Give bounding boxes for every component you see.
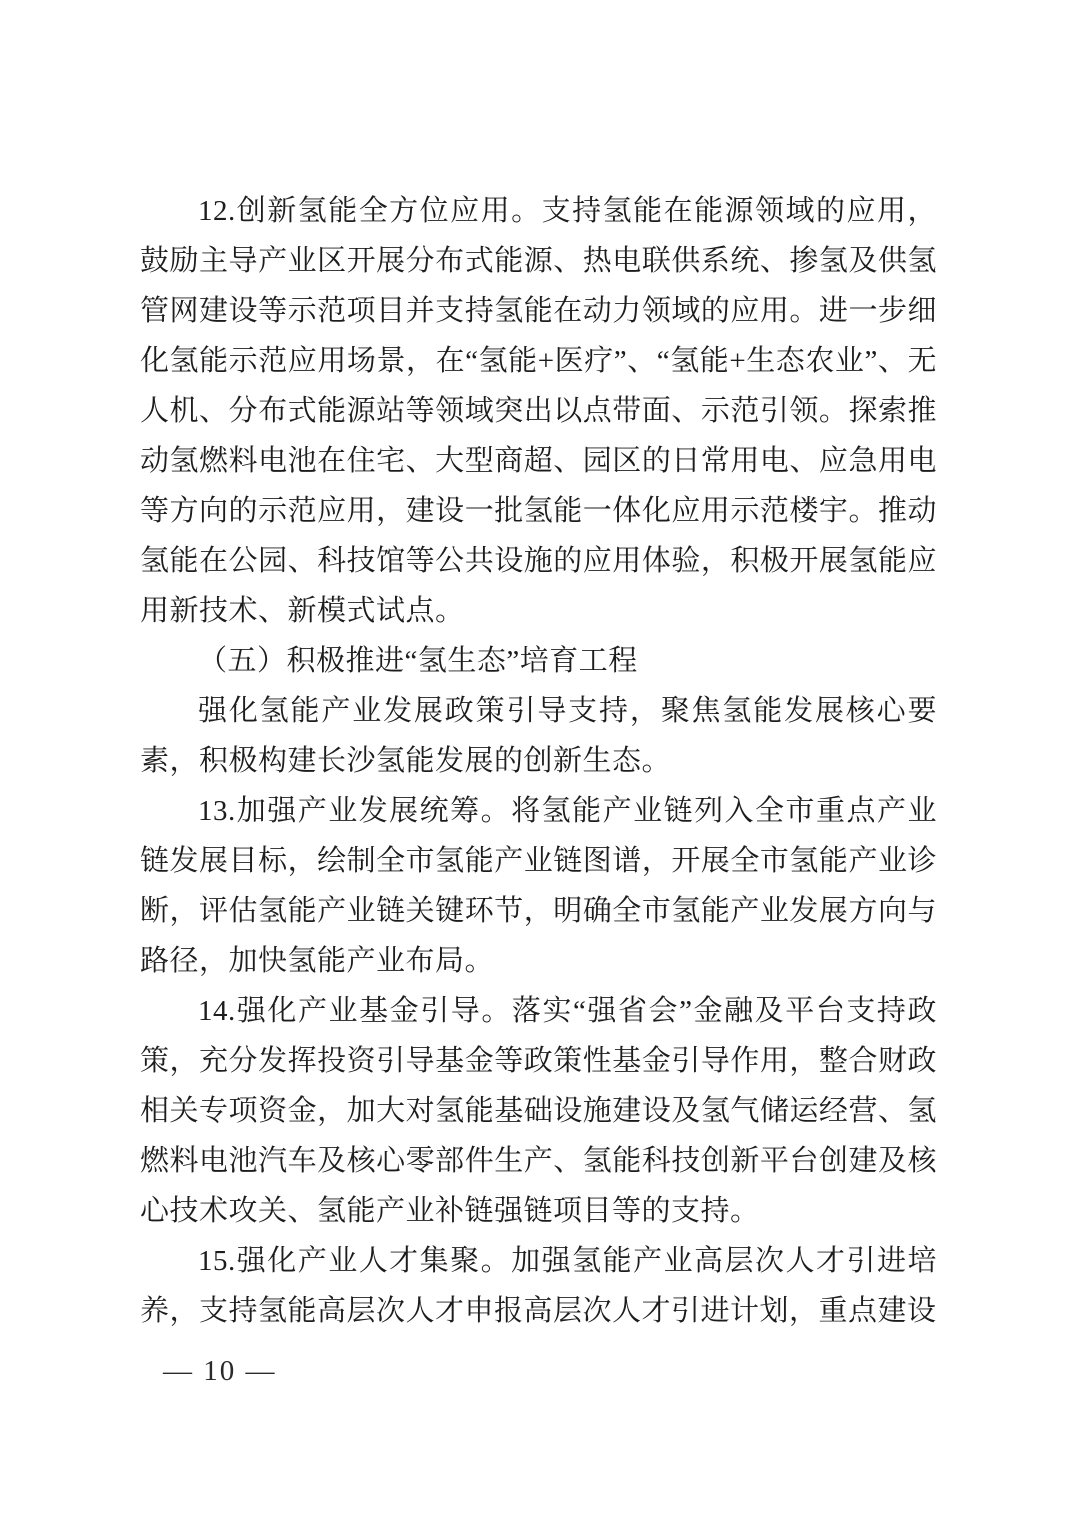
page-number: — 10 —: [163, 1346, 277, 1396]
paragraph-15: 15.强化产业人才集聚。加强氢能产业高层次人才引进培养，支持氢能高层次人才申报高…: [140, 1236, 937, 1336]
document-body: 12.创新氢能全方位应用。支持氢能在能源领域的应用，鼓励主导产业区开展分布式能源…: [140, 186, 937, 1336]
paragraph-13: 13.加强产业发展统筹。将氢能产业链列入全市重点产业链发展目标，绘制全市氢能产业…: [140, 786, 937, 986]
paragraph-12: 12.创新氢能全方位应用。支持氢能在能源领域的应用，鼓励主导产业区开展分布式能源…: [140, 186, 937, 636]
section-heading-5: （五）积极推进“氢生态”培育工程: [140, 636, 937, 686]
paragraph-14: 14.强化产业基金引导。落实“强省会”金融及平台支持政策，充分发挥投资引导基金等…: [140, 986, 937, 1236]
paragraph-section-intro: 强化氢能产业发展政策引导支持，聚焦氢能发展核心要素，积极构建长沙氢能发展的创新生…: [140, 686, 937, 786]
document-page: 12.创新氢能全方位应用。支持氢能在能源领域的应用，鼓励主导产业区开展分布式能源…: [0, 0, 1075, 1520]
